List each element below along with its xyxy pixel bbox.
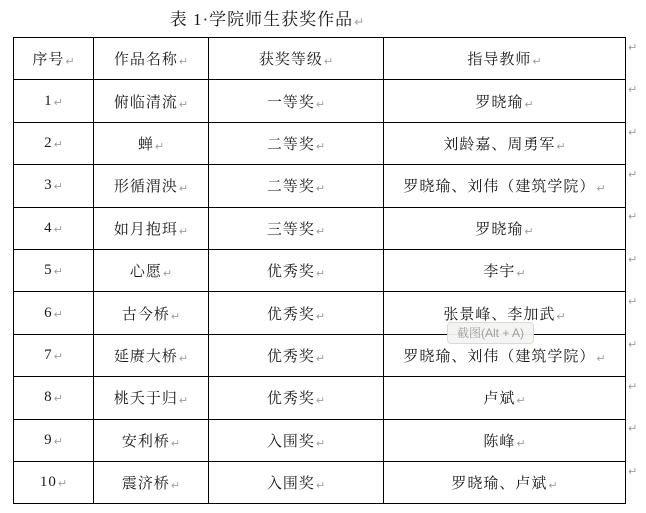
- cell-award-level: 二等奖↵: [209, 122, 384, 164]
- cell-text: 9: [44, 432, 53, 448]
- cell-text: 入围奖: [267, 476, 315, 492]
- cell-teachers: 罗晓瑜↵: [384, 207, 626, 249]
- cell-work-name: 如月抱珥↵: [94, 207, 209, 249]
- cell-text: 1: [44, 93, 53, 109]
- cell-work-name: 震济桥↵: [94, 461, 209, 503]
- paragraph-mark-icon: ↵: [54, 350, 63, 363]
- cell-row-number: 6↵: [14, 292, 94, 334]
- cell-work-name: 蝉↵: [94, 122, 209, 164]
- cell-text: 6: [44, 305, 53, 321]
- paragraph-mark-icon: ↵: [524, 225, 533, 238]
- cell-text: 优秀奖: [267, 264, 315, 280]
- cell-text: 3: [44, 177, 53, 193]
- document-page: 表 1·学院师生获奖作品↵ 序号↵作品名称↵获奖等级↵指导教师↵ 1↵俯临清流↵…: [0, 0, 646, 513]
- paragraph-mark-icon: ↵: [65, 55, 74, 68]
- cell-text: 罗晓瑜、卢斌: [451, 476, 547, 492]
- cell-text: 二等奖: [267, 137, 315, 153]
- paragraph-mark-icon: ↵: [171, 437, 180, 450]
- paragraph-mark-icon: ↵: [316, 310, 325, 323]
- cell-text: 震济桥: [122, 476, 170, 492]
- paragraph-mark-icon: ↵: [179, 55, 188, 68]
- paragraph-mark-icon: ↵: [171, 310, 180, 323]
- table-row: 8↵桃夭于归↵优秀奖↵卢斌↵: [14, 377, 626, 419]
- cell-work-name: 古今桥↵: [94, 292, 209, 334]
- paragraph-mark-icon: ↵: [316, 479, 325, 492]
- cell-row-number: 1↵: [14, 80, 94, 122]
- paragraph-mark-icon: ↵: [54, 435, 63, 448]
- paragraph-mark-icon: ↵: [324, 55, 333, 68]
- row-end-mark-icon: ↵: [628, 211, 637, 222]
- cell-work-name: 形循渭泱↵: [94, 165, 209, 207]
- cell-text: 罗晓瑜: [475, 95, 523, 111]
- paragraph-mark-icon: ↵: [179, 352, 188, 365]
- table-row: 4↵如月抱珥↵三等奖↵罗晓瑜↵: [14, 207, 626, 249]
- paragraph-mark-icon: ↵: [524, 98, 533, 111]
- cell-row-number: 9↵: [14, 419, 94, 461]
- paragraph-mark-icon: ↵: [54, 223, 63, 236]
- cell-award-level: 优秀奖↵: [209, 292, 384, 334]
- row-end-mark-icon: ↵: [628, 466, 637, 477]
- cell-text: 指导教师: [467, 52, 531, 68]
- cell-work-name: 心愿↵: [94, 249, 209, 291]
- cell-teachers: 卢斌↵: [384, 377, 626, 419]
- paragraph-mark-icon: ↵: [54, 265, 63, 278]
- cell-text: 安利桥: [122, 434, 170, 450]
- table-row: 10↵震济桥↵入围奖↵罗晓瑜、卢斌↵: [14, 461, 626, 503]
- cell-teachers: 罗晓瑜、刘伟（建筑学院）↵: [384, 165, 626, 207]
- paragraph-mark-icon: ↵: [171, 479, 180, 492]
- cell-award-level: 一等奖↵: [209, 80, 384, 122]
- cell-text: 优秀奖: [267, 391, 315, 407]
- cell-text: 一等奖: [267, 95, 315, 111]
- paragraph-mark-icon: ↵: [163, 267, 172, 280]
- paragraph-mark-icon: ↵: [556, 140, 565, 153]
- cell-text: 罗晓瑜、刘伟（建筑学院）: [403, 179, 595, 195]
- paragraph-mark-icon: ↵: [316, 267, 325, 280]
- cell-text: 心愿: [130, 264, 162, 280]
- paragraph-mark-icon: ↵: [516, 267, 525, 280]
- cell-text: 古今桥: [122, 307, 170, 323]
- paragraph-mark-icon: ↵: [54, 392, 63, 405]
- cell-text: 作品名称: [114, 52, 178, 68]
- paragraph-mark-icon: ↵: [54, 138, 63, 151]
- paragraph-mark-icon: ↵: [58, 477, 67, 490]
- paragraph-mark-icon: ↵: [316, 394, 325, 407]
- cell-teachers: 罗晓瑜↵: [384, 80, 626, 122]
- cell-text: 入围奖: [267, 434, 315, 450]
- awards-table-body: 1↵俯临清流↵一等奖↵罗晓瑜↵2↵蝉↵二等奖↵刘龄嘉、周勇军↵3↵形循渭泱↵二等…: [14, 80, 626, 504]
- paragraph-mark-icon: ↵: [548, 479, 557, 492]
- row-end-mark-icon: ↵: [628, 169, 637, 180]
- cell-text: 桃夭于归: [114, 391, 178, 407]
- paragraph-mark-icon: ↵: [354, 15, 364, 29]
- cell-text: 5: [44, 262, 53, 278]
- cell-teachers: 刘龄嘉、周勇军↵: [384, 122, 626, 164]
- header-cell-row-number: 序号↵: [14, 38, 94, 80]
- cell-text: 序号: [32, 52, 64, 68]
- header-cell-teachers: 指导教师↵: [384, 38, 626, 80]
- table-row: 2↵蝉↵二等奖↵刘龄嘉、周勇军↵: [14, 122, 626, 164]
- paragraph-mark-icon: ↵: [179, 98, 188, 111]
- cell-text: 优秀奖: [267, 307, 315, 323]
- paragraph-mark-icon: ↵: [596, 182, 605, 195]
- paragraph-mark-icon: ↵: [516, 394, 525, 407]
- table-row: 1↵俯临清流↵一等奖↵罗晓瑜↵: [14, 80, 626, 122]
- cell-work-name: 延赓大桥↵: [94, 334, 209, 376]
- cell-row-number: 5↵: [14, 249, 94, 291]
- cell-text: 刘龄嘉、周勇军: [443, 137, 555, 153]
- cell-text: 卢斌: [483, 391, 515, 407]
- paragraph-mark-icon: ↵: [179, 182, 188, 195]
- table-row: 9↵安利桥↵入围奖↵陈峰↵: [14, 419, 626, 461]
- paragraph-mark-icon: ↵: [54, 96, 63, 109]
- paragraph-mark-icon: ↵: [316, 98, 325, 111]
- paragraph-mark-icon: ↵: [316, 225, 325, 238]
- paragraph-mark-icon: ↵: [179, 225, 188, 238]
- cell-text: 李宇: [483, 264, 515, 280]
- paragraph-mark-icon: ↵: [516, 437, 525, 450]
- paragraph-mark-icon: ↵: [155, 140, 164, 153]
- table-row: 5↵心愿↵优秀奖↵李宇↵: [14, 249, 626, 291]
- cell-text: 张景峰、李加武: [443, 307, 555, 323]
- row-end-mark-icon: ↵: [628, 254, 637, 265]
- cell-row-number: 4↵: [14, 207, 94, 249]
- cell-award-level: 二等奖↵: [209, 165, 384, 207]
- paragraph-mark-icon: ↵: [316, 437, 325, 450]
- cell-text: 陈峰: [483, 434, 515, 450]
- row-end-mark-icon: ↵: [628, 381, 637, 392]
- cell-text: 罗晓瑜: [475, 222, 523, 238]
- cell-text: 4: [44, 220, 53, 236]
- screenshot-tooltip: 截图(Alt + A): [447, 322, 534, 344]
- cell-award-level: 入围奖↵: [209, 461, 384, 503]
- row-end-mark-icon: ↵: [628, 42, 637, 53]
- cell-row-number: 7↵: [14, 334, 94, 376]
- cell-row-number: 3↵: [14, 165, 94, 207]
- awards-table: 序号↵作品名称↵获奖等级↵指导教师↵ 1↵俯临清流↵一等奖↵罗晓瑜↵2↵蝉↵二等…: [13, 37, 626, 504]
- row-end-mark-icon: ↵: [628, 84, 637, 95]
- paragraph-mark-icon: ↵: [54, 180, 63, 193]
- cell-row-number: 10↵: [14, 461, 94, 503]
- paragraph-mark-icon: ↵: [54, 308, 63, 321]
- paragraph-mark-icon: ↵: [316, 182, 325, 195]
- cell-text: 10: [40, 474, 57, 490]
- paragraph-mark-icon: ↵: [316, 352, 325, 365]
- cell-award-level: 三等奖↵: [209, 207, 384, 249]
- cell-text: 7: [44, 347, 53, 363]
- cell-text: 优秀奖: [267, 349, 315, 365]
- cell-text: 形循渭泱: [114, 179, 178, 195]
- cell-text: 罗晓瑜、刘伟（建筑学院）: [403, 349, 595, 365]
- cell-text: 8: [44, 389, 53, 405]
- paragraph-mark-icon: ↵: [556, 310, 565, 323]
- cell-text: 延赓大桥: [114, 349, 178, 365]
- cell-work-name: 安利桥↵: [94, 419, 209, 461]
- table-header-row: 序号↵作品名称↵获奖等级↵指导教师↵: [14, 38, 626, 80]
- table-caption: 表 1·学院师生获奖作品↵: [0, 5, 646, 30]
- cell-award-level: 优秀奖↵: [209, 249, 384, 291]
- cell-teachers: 陈峰↵: [384, 419, 626, 461]
- cell-award-level: 优秀奖↵: [209, 334, 384, 376]
- cell-teachers: 李宇↵: [384, 249, 626, 291]
- cell-text: 获奖等级: [259, 52, 323, 68]
- cell-teachers: 罗晓瑜、卢斌↵: [384, 461, 626, 503]
- header-cell-award-level: 获奖等级↵: [209, 38, 384, 80]
- table-caption-text: 表 1·学院师生获奖作品: [170, 10, 353, 29]
- paragraph-mark-icon: ↵: [532, 55, 541, 68]
- cell-text: 2: [44, 135, 53, 151]
- cell-row-number: 8↵: [14, 377, 94, 419]
- paragraph-mark-icon: ↵: [179, 394, 188, 407]
- row-end-mark-icon: ↵: [628, 127, 637, 138]
- cell-work-name: 桃夭于归↵: [94, 377, 209, 419]
- cell-award-level: 入围奖↵: [209, 419, 384, 461]
- cell-row-number: 2↵: [14, 122, 94, 164]
- cell-text: 俯临清流: [114, 95, 178, 111]
- paragraph-mark-icon: ↵: [316, 140, 325, 153]
- cell-text: 蝉: [138, 137, 154, 153]
- cell-text: 如月抱珥: [114, 222, 178, 238]
- header-cell-work-name: 作品名称↵: [94, 38, 209, 80]
- paragraph-mark-icon: ↵: [596, 352, 605, 365]
- cell-text: 三等奖: [267, 222, 315, 238]
- screenshot-tooltip-label: 截图(Alt + A): [457, 326, 524, 340]
- table-row: 3↵形循渭泱↵二等奖↵罗晓瑜、刘伟（建筑学院）↵: [14, 165, 626, 207]
- cell-award-level: 优秀奖↵: [209, 377, 384, 419]
- row-end-mark-icon: ↵: [628, 296, 637, 307]
- cell-work-name: 俯临清流↵: [94, 80, 209, 122]
- row-end-mark-icon: ↵: [628, 339, 637, 350]
- row-end-mark-icon: ↵: [628, 423, 637, 434]
- cell-text: 二等奖: [267, 179, 315, 195]
